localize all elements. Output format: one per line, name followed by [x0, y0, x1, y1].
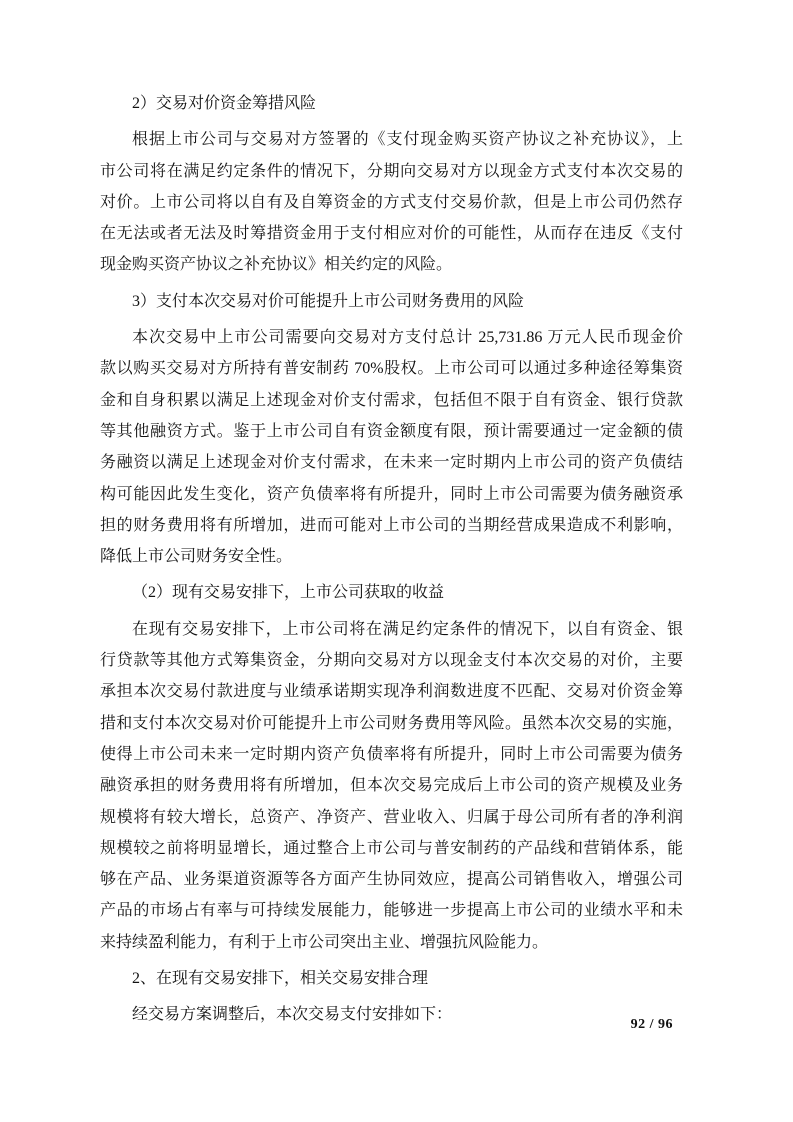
text-line: 现金购买资产协议之补充协议》相关约定的风险。	[100, 249, 683, 280]
text-line: 使得上市公司未来一定时期内资产负债率将有所提升，同时上市公司需要为债务	[100, 739, 683, 770]
document-page: 2）交易对价资金筹措风险根据上市公司与交易对方签署的《支付现金购买资产协议之补充…	[0, 0, 793, 1122]
paragraph: 在现有交易安排下，上市公司将在满足约定条件的情况下，以自有资金、银行贷款等其他方…	[100, 614, 683, 958]
document-body: 2）交易对价资金筹措风险根据上市公司与交易对方签署的《支付现金购买资产协议之补充…	[100, 88, 683, 1031]
section-heading: 2）交易对价资金筹措风险	[100, 88, 683, 119]
section-heading: 3）支付本次交易对价可能提升上市公司财务费用的风险	[100, 286, 683, 317]
text-line: （2）现有交易安排下，上市公司获取的收益	[100, 577, 683, 608]
text-line: 2）交易对价资金筹措风险	[100, 88, 683, 119]
text-line: 措和支付本次交易对价可能提升上市公司财务费用等风险。虽然本次交易的实施，	[100, 708, 683, 739]
text-line: 3）支付本次交易对价可能提升上市公司财务费用的风险	[100, 286, 683, 317]
text-line: 款以购买交易对方所持有普安制药 70%股权。上市公司可以通过多种途径筹集资	[100, 353, 683, 384]
text-line: 来持续盈利能力，有利于上市公司突出主业、增强抗风险能力。	[100, 927, 683, 958]
text-line: 构可能因此发生变化，资产负债率将有所提升，同时上市公司需要为债务融资承	[100, 479, 683, 510]
text-line: 降低上市公司财务安全性。	[100, 541, 683, 572]
page-number: 92 / 96	[631, 1017, 673, 1033]
text-line: 在无法或者无法及时筹措资金用于支付相应对价的可能性，从而存在违反《支付	[100, 218, 683, 249]
paragraph: 根据上市公司与交易对方签署的《支付现金购买资产协议之补充协议》，上市公司将在满足…	[100, 124, 683, 280]
text-line: 产品的市场占有率与可持续发展能力，能够进一步提高上市公司的业绩水平和未	[100, 895, 683, 926]
text-line: 市公司将在满足约定条件的情况下，分期向交易对方以现金方式支付本次交易的	[100, 156, 683, 187]
text-line: 承担本次交易付款进度与业绩承诺期实现净利润数进度不匹配、交易对价资金筹	[100, 676, 683, 707]
text-line: 本次交易中上市公司需要向交易对方支付总计 25,731.86 万元人民币现金价	[100, 322, 683, 353]
section-heading: （2）现有交易安排下，上市公司获取的收益	[100, 577, 683, 608]
text-line: 对价。上市公司将以自有及自筹资金的方式支付交易价款，但是上市公司仍然存	[100, 187, 683, 218]
text-line: 在现有交易安排下，上市公司将在满足约定条件的情况下，以自有资金、银	[100, 614, 683, 645]
text-line: 务融资以满足上述现金对价支付需求，在未来一定时期内上市公司的资产负债结	[100, 447, 683, 478]
text-line: 担的财务费用将有所增加，进而可能对上市公司的当期经营成果造成不利影响，	[100, 510, 683, 541]
text-line: 等其他融资方式。鉴于上市公司自有资金额度有限，预计需要通过一定金额的债	[100, 416, 683, 447]
text-line: 够在产品、业务渠道资源等各方面产生协同效应，提高公司销售收入，增强公司	[100, 864, 683, 895]
text-line: 融资承担的财务费用将有所增加，但本次交易完成后上市公司的资产规模及业务	[100, 770, 683, 801]
text-line: 经交易方案调整后，本次交易支付安排如下：	[100, 999, 683, 1030]
paragraph: 经交易方案调整后，本次交易支付安排如下：	[100, 999, 683, 1030]
text-line: 行贷款等其他方式筹集资金，分期向交易对方以现金支付本次交易的对价，主要	[100, 645, 683, 676]
text-line: 2、在现有交易安排下，相关交易安排合理	[100, 963, 683, 994]
paragraph: 本次交易中上市公司需要向交易对方支付总计 25,731.86 万元人民币现金价款…	[100, 322, 683, 572]
text-line: 规模将有较大增长，总资产、净资产、营业收入、归属于母公司所有者的净利润	[100, 802, 683, 833]
text-line: 根据上市公司与交易对方签署的《支付现金购买资产协议之补充协议》，上	[100, 124, 683, 155]
text-line: 金和自身积累以满足上述现金对价支付需求，包括但不限于自有资金、银行贷款	[100, 385, 683, 416]
text-line: 规模较之前将明显增长，通过整合上市公司与普安制药的产品线和营销体系，能	[100, 833, 683, 864]
section-heading: 2、在现有交易安排下，相关交易安排合理	[100, 963, 683, 994]
